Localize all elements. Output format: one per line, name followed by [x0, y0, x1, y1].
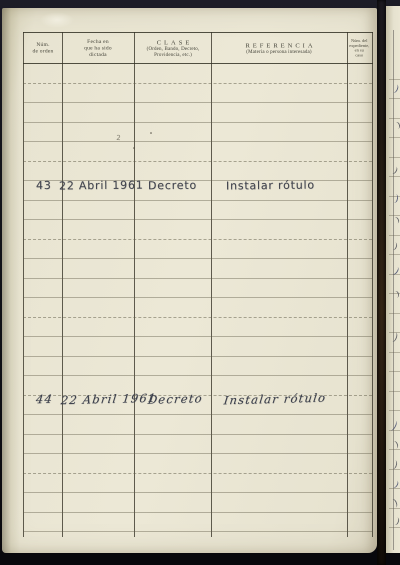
facing-page-rule — [389, 352, 400, 353]
facing-page-rule — [389, 176, 400, 177]
handwriting-fragment — [392, 516, 400, 525]
ruled-row-line — [23, 317, 372, 318]
facing-page-rule — [389, 215, 400, 216]
ruled-row-line — [23, 531, 372, 532]
header-num-line1: Núm. — [23, 41, 62, 48]
paper-smudge — [40, 12, 74, 28]
ledger-page: Núm. de orden Fecha en que ha sido dicta… — [2, 8, 377, 553]
header-expediente-line2: expediente, — [347, 43, 372, 48]
facing-page-rule — [389, 391, 400, 392]
handwriting-fragment — [390, 241, 398, 250]
ruled-row-line — [23, 278, 372, 279]
stray-pencil-mark: 2 — [116, 134, 121, 142]
column-divider-referencia — [347, 32, 348, 537]
facing-page-rule — [389, 235, 400, 236]
ruled-row-line — [23, 512, 372, 513]
ruled-row-line — [23, 141, 372, 142]
entry-44-fecha: 22 Abril 1961 — [60, 391, 157, 407]
ruled-row-line — [23, 434, 372, 435]
ruled-row-line — [23, 414, 372, 415]
ruled-row-line — [23, 161, 372, 162]
ruled-row-line — [23, 239, 372, 240]
column-divider-fecha — [134, 32, 135, 537]
handwriting-fragment — [391, 193, 399, 203]
handwriting-fragment — [389, 165, 398, 175]
ruled-row-line — [23, 336, 372, 337]
entry-43-clase: Decreto — [148, 179, 197, 193]
header-clase-title: CLASE — [134, 38, 211, 46]
header-clase-sub2: Providencia, etc.) — [134, 51, 211, 57]
entry-44-num: 44 — [35, 392, 54, 406]
facing-page-edge — [386, 6, 400, 553]
facing-page-rule — [389, 254, 400, 255]
ruled-row-line — [23, 219, 372, 220]
ruled-row-line — [23, 122, 372, 123]
facing-page-rule — [389, 410, 400, 411]
book-binding-groove — [377, 0, 386, 565]
header-fecha-line1: Fecha en — [62, 38, 134, 45]
stray-pencil-dot — [133, 147, 135, 149]
header-referencia-title: REFERENCIA — [211, 41, 347, 49]
scanned-ledger-photo: { "table": { "headers": { "num": { "line… — [0, 0, 400, 565]
header-cell-clase: CLASE (Orden, Bando, Decreto, Providenci… — [134, 32, 211, 63]
entry-row-44: 44 22 Abril 1961 Decreto Instalar rótulo — [2, 392, 377, 412]
header-bottom-rule — [23, 63, 373, 64]
stray-pencil-dot — [150, 132, 152, 134]
header-expediente-line4: caso — [347, 52, 372, 57]
ruled-row-line — [23, 492, 372, 493]
entry-44-clase: Decreto — [147, 391, 204, 406]
header-fecha-line2: que ha sido — [62, 44, 134, 51]
table-border-left — [23, 32, 24, 537]
facing-page-rule — [389, 313, 400, 314]
facing-page-rule — [389, 137, 400, 138]
handwriting-fragment — [393, 121, 400, 130]
facing-page-margin-rule — [393, 30, 394, 550]
entry-44-referencia: Instalar rótulo — [223, 391, 327, 408]
ruled-row-line — [23, 258, 372, 259]
header-cell-fecha: Fecha en que ha sido dictada — [62, 32, 134, 63]
facing-page-rule — [389, 79, 400, 80]
table-border-right — [372, 32, 373, 537]
header-fecha-line3: dictada — [62, 51, 134, 58]
ruled-row-line — [23, 473, 372, 474]
entry-43-num: 43 — [36, 179, 52, 192]
entry-43-fecha: 22 Abril 1961 — [59, 179, 144, 193]
header-num-line2: de orden — [23, 48, 62, 55]
ruled-row-line — [23, 375, 372, 376]
header-cell-num: Núm. de orden — [23, 32, 62, 63]
facing-page-rule — [389, 118, 400, 119]
header-cell-expediente: Núm. del expediente, en su caso — [347, 32, 372, 63]
ruled-row-line — [23, 453, 372, 454]
facing-page-rule — [389, 371, 400, 372]
ruled-row-line — [23, 200, 372, 201]
header-clase-sub1: (Orden, Bando, Decreto, — [134, 46, 211, 52]
facing-page-rule — [389, 527, 400, 528]
ruled-row-line — [23, 102, 372, 103]
ruled-row-line — [23, 83, 372, 84]
column-divider-num — [62, 32, 63, 537]
header-expediente-line1: Núm. del — [347, 38, 372, 43]
ruled-row-line — [23, 356, 372, 357]
facing-page-rule — [389, 98, 400, 99]
page-fold-shadow — [2, 8, 22, 553]
entry-row-43: 43 22 Abril 1961 Decreto Instalar rótulo — [2, 179, 377, 199]
column-divider-clase — [211, 32, 212, 537]
handwriting-fragment — [392, 290, 400, 298]
header-referencia-sub: (Materia o persona interesada) — [211, 48, 347, 54]
entry-43-referencia: Instalar rótulo — [226, 179, 315, 193]
handwriting-fragment — [390, 83, 399, 94]
ruled-row-line — [23, 297, 372, 298]
header-expediente-line3: en su — [347, 48, 372, 53]
facing-page-rule — [389, 157, 400, 158]
header-cell-referencia: REFERENCIA (Materia o persona interesada… — [211, 32, 347, 63]
